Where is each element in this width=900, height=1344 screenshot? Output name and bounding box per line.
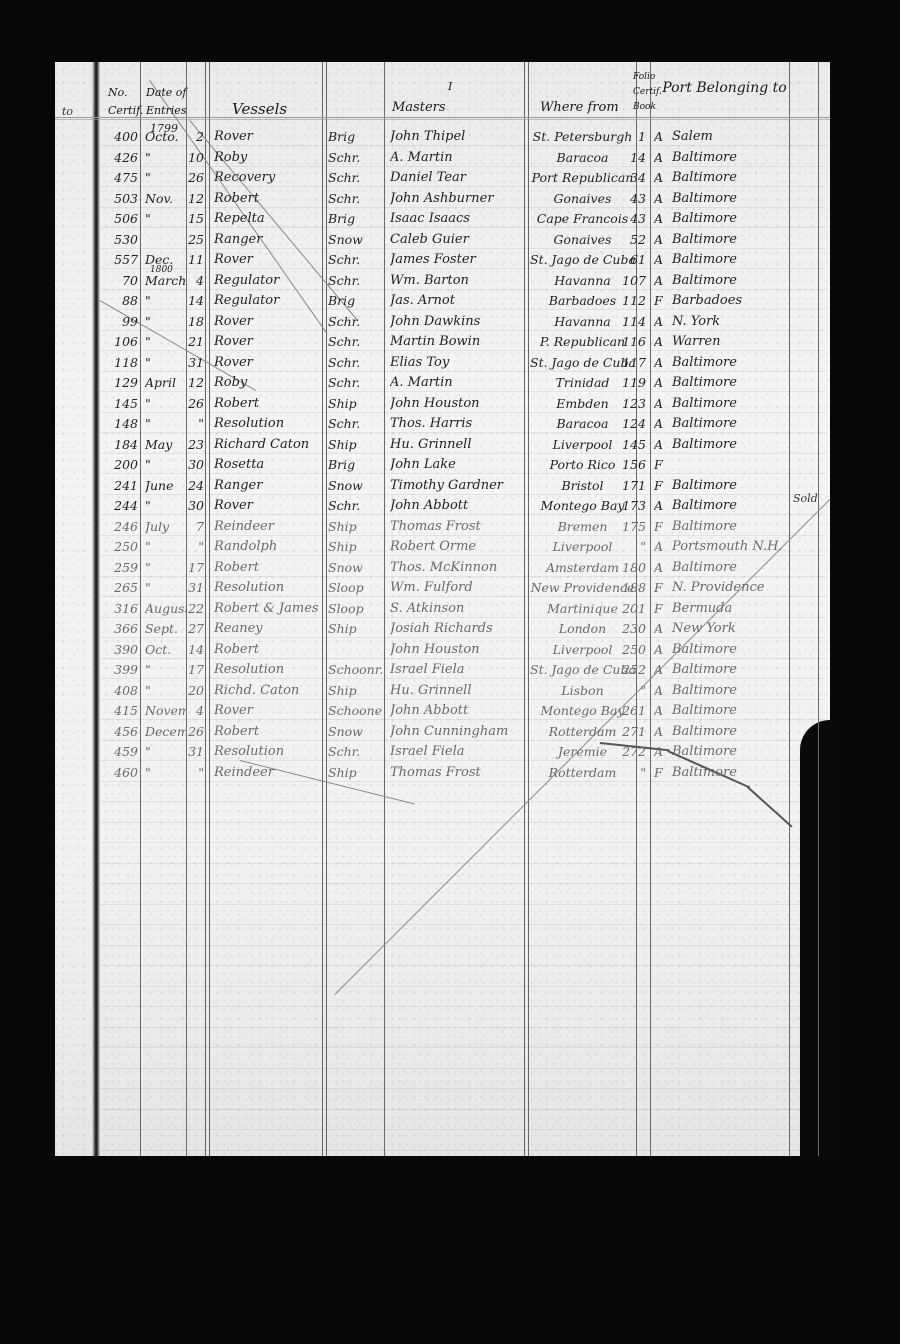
- certificate-number: 415: [104, 704, 138, 718]
- folio-number: ": [610, 540, 646, 554]
- home-port: Warren: [672, 335, 788, 349]
- home-port: Baltimore: [672, 643, 788, 657]
- home-port: Portsmouth N.H.: [672, 540, 788, 554]
- vessel-type: Schr.: [328, 151, 383, 165]
- master-name: John Houston: [390, 397, 524, 411]
- ruled-line: [100, 760, 825, 761]
- ruled-line: [100, 1006, 825, 1007]
- vessel-type: Brig: [328, 130, 383, 144]
- entry-day: 4: [188, 704, 204, 718]
- certificate-number: 506: [104, 212, 138, 226]
- entry-day: 26: [188, 397, 204, 411]
- certificate-number: 426: [104, 151, 138, 165]
- master-name: Wm. Barton: [390, 274, 524, 288]
- entry-month: ": [145, 315, 187, 329]
- home-port: Baltimore: [672, 253, 788, 267]
- entry-month: ": [145, 356, 187, 370]
- ruled-line: [100, 801, 825, 802]
- entry-day: 23: [188, 438, 204, 452]
- registry-code: F: [654, 766, 666, 780]
- certificate-number: 316: [104, 602, 138, 616]
- registry-code: A: [654, 315, 666, 329]
- entry-day: ": [188, 417, 204, 431]
- registry-code: A: [654, 499, 666, 513]
- entry-month: ": [145, 212, 187, 226]
- home-port: Baltimore: [672, 356, 788, 370]
- home-port: Baltimore: [672, 520, 788, 534]
- certificate-number: 475: [104, 171, 138, 185]
- vessel-type: Schr.: [328, 745, 383, 759]
- entry-day: 14: [188, 643, 204, 657]
- vessel-name: Ranger: [214, 233, 322, 247]
- folio-number: 261: [610, 704, 646, 718]
- certificate-number: 184: [104, 438, 138, 452]
- entry-day: 31: [188, 745, 204, 759]
- home-port: Baltimore: [672, 479, 788, 493]
- master-name: James Foster: [390, 253, 524, 267]
- certificate-number: 145: [104, 397, 138, 411]
- entry-month: ": [145, 581, 187, 595]
- master-name: John Cunningham: [390, 725, 524, 739]
- ruled-line: [100, 391, 825, 392]
- vessel-name: Rover: [214, 253, 322, 267]
- vessel-name: Robert: [214, 397, 322, 411]
- vessel-name: Rover: [214, 499, 322, 513]
- entry-day: 24: [188, 479, 204, 493]
- folio-number: 61: [610, 253, 646, 267]
- vessel-name: Rover: [214, 356, 322, 370]
- master-name: S. Atkinson: [390, 602, 524, 616]
- vessel-type: Snow: [328, 561, 383, 575]
- folio-number: 43: [610, 212, 646, 226]
- registry-code: A: [654, 335, 666, 349]
- ruled-line: [100, 986, 825, 987]
- vessel-name: Rover: [214, 130, 322, 144]
- folio-number: 123: [610, 397, 646, 411]
- folio-number: 252: [610, 663, 646, 677]
- master-name: Daniel Tear: [390, 171, 524, 185]
- folio-number: 119: [610, 376, 646, 390]
- entry-day: 25: [188, 233, 204, 247]
- header-vessels: Vessels: [232, 100, 287, 118]
- entry-day: 27: [188, 622, 204, 636]
- header-date-of-entries: Date of Entries: [146, 84, 206, 120]
- vessel-type: Schooner: [328, 704, 383, 718]
- registry-code: A: [654, 397, 666, 411]
- vessel-name: Robert: [214, 725, 322, 739]
- folio-number: 271: [610, 725, 646, 739]
- vessel-name: Robert & James: [214, 602, 322, 616]
- master-name: Elias Toy: [390, 356, 524, 370]
- ruled-line: [100, 842, 825, 843]
- vessel-name: Robert: [214, 643, 322, 657]
- right-margin-note-sold: Sold: [793, 492, 818, 505]
- entry-day: 12: [188, 192, 204, 206]
- entry-month: July: [145, 520, 187, 534]
- vessel-name: Repelta: [214, 212, 322, 226]
- ruled-line: [100, 494, 825, 495]
- vessel-name: Roby: [214, 376, 322, 390]
- entry-month: May: [145, 438, 187, 452]
- folio-number: 52: [610, 233, 646, 247]
- ruled-line: [100, 883, 825, 884]
- ruled-line: [100, 658, 825, 659]
- vessel-type: Snow: [328, 479, 383, 493]
- entry-month: ": [145, 684, 187, 698]
- home-port: Baltimore: [672, 274, 788, 288]
- entry-day: 31: [188, 581, 204, 595]
- ruled-line: [100, 555, 825, 556]
- entry-month: ": [145, 663, 187, 677]
- home-port: Baltimore: [672, 376, 788, 390]
- master-name: Isaac Isaacs: [390, 212, 524, 226]
- certificate-number: 148: [104, 417, 138, 431]
- vessel-name: Rover: [214, 704, 322, 718]
- entry-day: ": [188, 540, 204, 554]
- registry-code: A: [654, 376, 666, 390]
- ruled-line: [100, 1068, 825, 1069]
- certificate-number: 70: [104, 274, 138, 288]
- vessel-name: Reaney: [214, 622, 322, 636]
- master-name: Thomas Frost: [390, 766, 524, 780]
- registry-code: A: [654, 622, 666, 636]
- ruled-line: [100, 924, 825, 925]
- folio-number: 145: [610, 438, 646, 452]
- entry-day: 26: [188, 171, 204, 185]
- ruled-line: [100, 473, 825, 474]
- master-name: Robert Orme: [390, 540, 524, 554]
- ruled-line: [100, 289, 825, 290]
- header-where-from: Where from: [540, 100, 619, 115]
- home-port: Baltimore: [672, 192, 788, 206]
- vessel-type: Ship: [328, 520, 383, 534]
- master-name: John Thipel: [390, 130, 524, 144]
- certificate-number: 129: [104, 376, 138, 390]
- vessel-type: Schr.: [328, 192, 383, 206]
- certificate-number: 99: [104, 315, 138, 329]
- ruled-line: [100, 248, 825, 249]
- home-port: Baltimore: [672, 766, 788, 780]
- ruled-line: [100, 207, 825, 208]
- ruled-line: [100, 617, 825, 618]
- folio-number: 201: [610, 602, 646, 616]
- entry-month: Sept.: [145, 622, 187, 636]
- registry-code: A: [654, 417, 666, 431]
- ruled-line: [100, 309, 825, 310]
- master-name: A. Martin: [390, 376, 524, 390]
- entry-month: ": [145, 171, 187, 185]
- entry-month: Nov.: [145, 192, 187, 206]
- master-name: John Dawkins: [390, 315, 524, 329]
- folio-number: 250: [610, 643, 646, 657]
- vessel-name: Ranger: [214, 479, 322, 493]
- home-port: Salem: [672, 130, 788, 144]
- registry-code: A: [654, 663, 666, 677]
- entry-day: 18: [188, 315, 204, 329]
- vessel-name: Robert: [214, 192, 322, 206]
- home-port: Baltimore: [672, 212, 788, 226]
- ruled-line: [100, 719, 825, 720]
- entry-day: 17: [188, 663, 204, 677]
- vessel-type: Schr.: [328, 499, 383, 513]
- certificate-number: 456: [104, 725, 138, 739]
- vessel-type: Snow: [328, 233, 383, 247]
- vessel-type: Sloop: [328, 581, 383, 595]
- home-port: Baltimore: [672, 233, 788, 247]
- folio-number: ": [610, 766, 646, 780]
- registry-code: A: [654, 725, 666, 739]
- entry-month: ": [145, 294, 187, 308]
- folio-number: 272: [610, 745, 646, 759]
- header-page-mark: I: [448, 80, 452, 93]
- home-port: N. York: [672, 315, 788, 329]
- ruled-line: [100, 945, 825, 946]
- vessel-name: Reindeer: [214, 520, 322, 534]
- entry-month: Dec.: [145, 253, 187, 267]
- vessel-name: Resolution: [214, 581, 322, 595]
- vessel-name: Roby: [214, 151, 322, 165]
- home-port: Baltimore: [672, 499, 788, 513]
- entry-day: 2: [188, 130, 204, 144]
- entry-month: ": [145, 766, 187, 780]
- folio-number: 230: [610, 622, 646, 636]
- home-port: Baltimore: [672, 684, 788, 698]
- folio-number: 171: [610, 479, 646, 493]
- folio-number: 188: [610, 581, 646, 595]
- master-name: Thomas Frost: [390, 520, 524, 534]
- master-name: Josiah Richards: [390, 622, 524, 636]
- header-certificate-number: No. Certif.: [108, 84, 140, 120]
- header-folio-certificate-book: Folio Certif. Book: [633, 70, 655, 115]
- ruled-line: [100, 1150, 825, 1151]
- ruled-line: [100, 412, 825, 413]
- home-port: Baltimore: [672, 417, 788, 431]
- entry-day: 31: [188, 356, 204, 370]
- entry-month: ": [145, 335, 187, 349]
- entry-month: ": [145, 561, 187, 575]
- vessel-type: Schr.: [328, 274, 383, 288]
- certificate-number: 530: [104, 233, 138, 247]
- ruled-line: [100, 1129, 825, 1130]
- vessel-type: Schr.: [328, 315, 383, 329]
- certificate-number: 366: [104, 622, 138, 636]
- registry-code: F: [654, 602, 666, 616]
- entry-day: 7: [188, 520, 204, 534]
- vessel-name: Rover: [214, 335, 322, 349]
- ruled-line: [100, 904, 825, 905]
- ruled-line: [100, 350, 825, 351]
- vessel-name: Richard Caton: [214, 438, 322, 452]
- vessel-name: Richd. Caton: [214, 684, 322, 698]
- folio-number: 156: [610, 458, 646, 472]
- vessel-type: Schr.: [328, 335, 383, 349]
- entry-day: 10: [188, 151, 204, 165]
- registry-code: A: [654, 192, 666, 206]
- home-port: Baltimore: [672, 745, 788, 759]
- folio-number: 173: [610, 499, 646, 513]
- registry-code: F: [654, 520, 666, 534]
- registry-code: A: [654, 561, 666, 575]
- certificate-number: 250: [104, 540, 138, 554]
- entry-day: 22: [188, 602, 204, 616]
- vessel-type: Ship: [328, 397, 383, 411]
- ruled-line: [100, 268, 825, 269]
- ruled-line: [100, 1047, 825, 1048]
- ruled-line: [100, 740, 825, 741]
- ruled-line: [100, 432, 825, 433]
- registry-code: F: [654, 294, 666, 308]
- ruled-line: [100, 1109, 825, 1110]
- home-port: Baltimore: [672, 561, 788, 575]
- folio-number: 14: [610, 151, 646, 165]
- entry-day: 30: [188, 499, 204, 513]
- certificate-number: 399: [104, 663, 138, 677]
- entry-day: 11: [188, 253, 204, 267]
- header-port-belonging-to: Port Belonging to: [662, 76, 787, 100]
- certificate-number: 106: [104, 335, 138, 349]
- entry-month: Oct.: [145, 643, 187, 657]
- ruled-line: [100, 186, 825, 187]
- ruled-line: [100, 535, 825, 536]
- page-binding-gutter: [92, 62, 100, 1156]
- master-name: Martin Bowin: [390, 335, 524, 349]
- vessel-name: Resolution: [214, 745, 322, 759]
- ruled-line: [100, 145, 825, 146]
- entry-month: March: [145, 274, 187, 288]
- home-port: Baltimore: [672, 704, 788, 718]
- entry-month: ": [145, 151, 187, 165]
- entry-month: ": [145, 745, 187, 759]
- vessel-name: Recovery: [214, 171, 322, 185]
- vessel-type: Ship: [328, 540, 383, 554]
- master-name: John Abbott: [390, 499, 524, 513]
- entry-day: 17: [188, 561, 204, 575]
- vessel-type: Schr.: [328, 171, 383, 185]
- master-name: Wm. Fulford: [390, 581, 524, 595]
- entry-day: 26: [188, 725, 204, 739]
- certificate-number: 408: [104, 684, 138, 698]
- vessel-type: Ship: [328, 684, 383, 698]
- registry-code: A: [654, 540, 666, 554]
- entry-month: Novem.: [145, 704, 187, 718]
- ruled-line: [100, 330, 825, 331]
- ruled-line: [100, 514, 825, 515]
- vessel-type: Schr.: [328, 417, 383, 431]
- ruled-line: [100, 1027, 825, 1028]
- ruled-line: [100, 227, 825, 228]
- vessel-type: Ship: [328, 766, 383, 780]
- entry-day: 20: [188, 684, 204, 698]
- entry-month: ": [145, 499, 187, 513]
- registry-code: A: [654, 171, 666, 185]
- home-port: Baltimore: [672, 151, 788, 165]
- vessel-name: Reindeer: [214, 766, 322, 780]
- entry-month: April: [145, 376, 187, 390]
- vessel-type: Ship: [328, 622, 383, 636]
- vessel-name: Randolph: [214, 540, 322, 554]
- registry-code: A: [654, 643, 666, 657]
- certificate-number: 259: [104, 561, 138, 575]
- registry-code: A: [654, 745, 666, 759]
- certificate-number: 118: [104, 356, 138, 370]
- entry-month: ": [145, 458, 187, 472]
- vessel-type: Ship: [328, 438, 383, 452]
- registry-code: A: [654, 274, 666, 288]
- master-name: John Lake: [390, 458, 524, 472]
- vessel-name: Rover: [214, 315, 322, 329]
- certificate-number: 88: [104, 294, 138, 308]
- entry-day: 15: [188, 212, 204, 226]
- folio-number: 1: [610, 130, 646, 144]
- registry-code: A: [654, 684, 666, 698]
- ruled-line: [100, 637, 825, 638]
- ruled-line: [100, 781, 825, 782]
- certificate-number: 200: [104, 458, 138, 472]
- registry-code: A: [654, 130, 666, 144]
- master-name: Thos. McKinnon: [390, 561, 524, 575]
- vessel-name: Resolution: [214, 663, 322, 677]
- entry-month: Decem.: [145, 725, 187, 739]
- home-port: Bermuda: [672, 602, 788, 616]
- registry-code: A: [654, 704, 666, 718]
- master-name: John Ashburner: [390, 192, 524, 206]
- entry-day: 14: [188, 294, 204, 308]
- entry-month: August: [145, 602, 187, 616]
- home-port: N. Providence: [672, 581, 788, 595]
- folio-number: 117: [610, 356, 646, 370]
- ruled-line: [100, 863, 825, 864]
- folio-number: 43: [610, 192, 646, 206]
- registry-code: A: [654, 253, 666, 267]
- registry-code: A: [654, 151, 666, 165]
- ruled-line: [100, 576, 825, 577]
- vessel-type: Brig: [328, 458, 383, 472]
- master-name: John Abbott: [390, 704, 524, 718]
- entry-month: ": [145, 397, 187, 411]
- vessel-type: Brig: [328, 294, 383, 308]
- ruled-line: [100, 596, 825, 597]
- vessel-name: Regulator: [214, 274, 322, 288]
- vessel-type: Schr.: [328, 356, 383, 370]
- home-port: Baltimore: [672, 397, 788, 411]
- folio-number: 175: [610, 520, 646, 534]
- master-name: Caleb Guier: [390, 233, 524, 247]
- home-port: Baltimore: [672, 725, 788, 739]
- master-name: Jas. Arnot: [390, 294, 524, 308]
- master-name: Israel Fiela: [390, 663, 524, 677]
- entry-day: 21: [188, 335, 204, 349]
- home-port: New York: [672, 622, 788, 636]
- entry-month: Octo.: [145, 130, 187, 144]
- registry-code: F: [654, 458, 666, 472]
- home-port: Baltimore: [672, 438, 788, 452]
- header-masters: Masters: [392, 100, 446, 115]
- vessel-name: Resolution: [214, 417, 322, 431]
- ruled-line: [100, 678, 825, 679]
- folio-number: 180: [610, 561, 646, 575]
- registry-code: A: [654, 356, 666, 370]
- certificate-number: 459: [104, 745, 138, 759]
- folio-number: 34: [610, 171, 646, 185]
- home-port: Baltimore: [672, 663, 788, 677]
- vessel-type: Snow: [328, 725, 383, 739]
- entry-month: June: [145, 479, 187, 493]
- home-port: Barbadoes: [672, 294, 788, 308]
- left-margin-fragment: to: [62, 105, 73, 118]
- page-torn-corner-shadow: [800, 720, 840, 1156]
- registry-code: F: [654, 581, 666, 595]
- ruled-line: [100, 822, 825, 823]
